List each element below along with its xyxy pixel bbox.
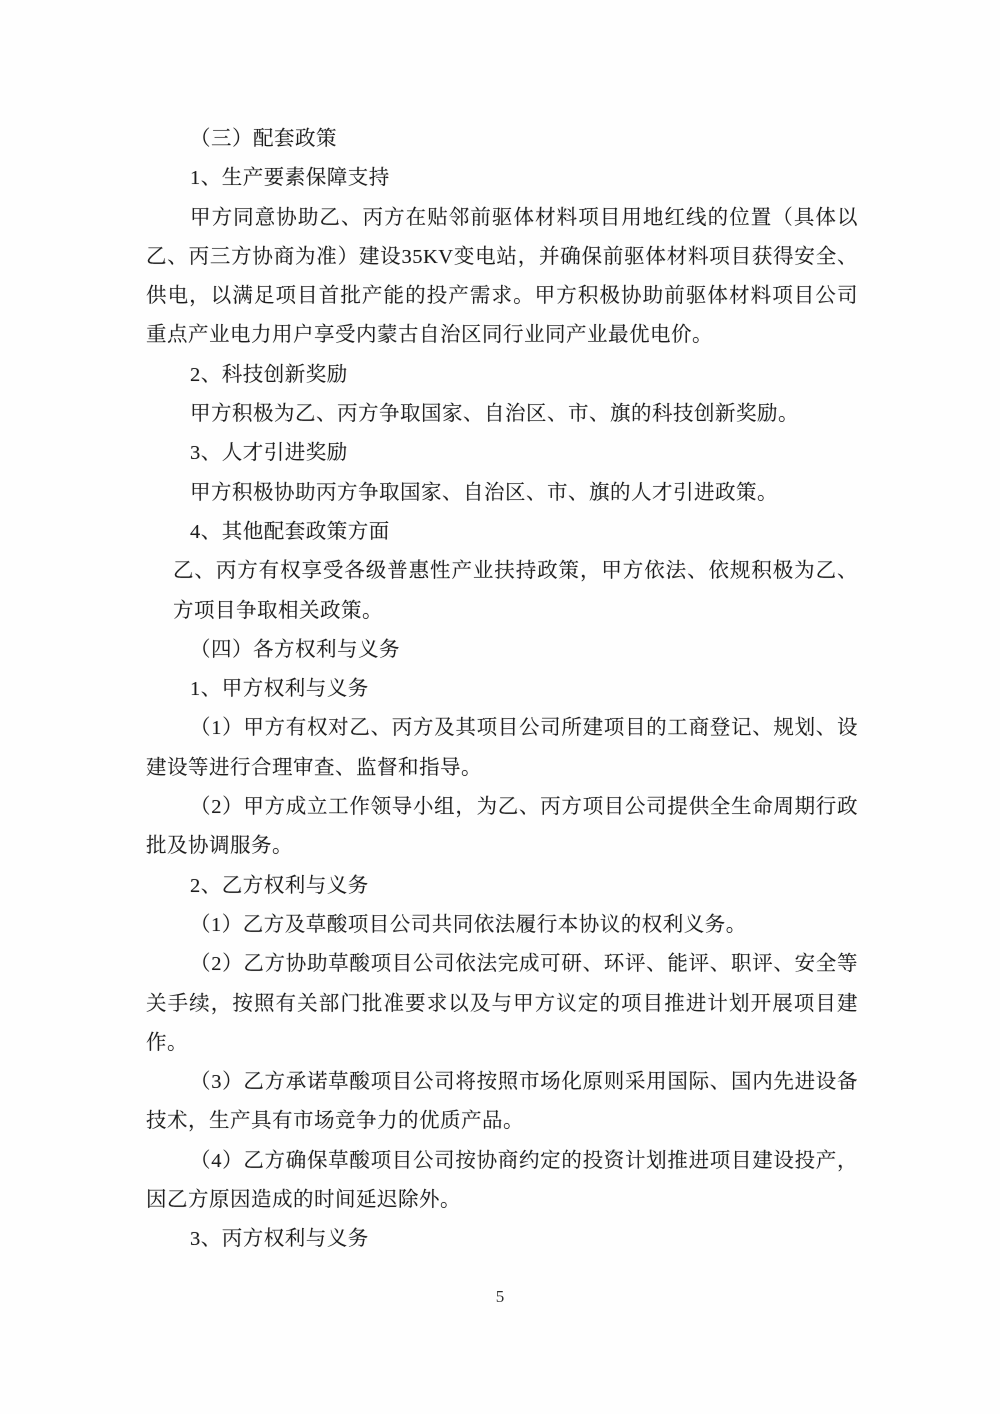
text-line: 建设等进行合理审查、监督和指导。 [146, 749, 858, 788]
text-line: 甲方积极为乙、丙方争取国家、自治区、市、旗的科技创新奖励。 [146, 395, 858, 434]
text-line: （1）乙方及草酸项目公司共同依法履行本协议的权利义务。 [146, 906, 858, 945]
text-line: 因乙方原因造成的时间延迟除外。 [146, 1181, 858, 1220]
text-line: 1、甲方权利与义务 [146, 670, 858, 709]
text-line: 3、人才引进奖励 [146, 434, 858, 473]
text-line: （3）乙方承诺草酸项目公司将按照市场化原则采用国际、国内先进设备和 [146, 1063, 858, 1102]
text-line: 作。 [146, 1024, 858, 1063]
text-line: 甲方同意协助乙、丙方在贴邻前驱体材料项目用地红线的位置（具体以甲、 [146, 199, 858, 238]
text-line: 乙、丙方有权享受各级普惠性产业扶持政策，甲方依法、依规积极为乙、丙 [146, 552, 858, 591]
text-line: （1）甲方有权对乙、丙方及其项目公司所建项目的工商登记、规划、设计、 [146, 709, 858, 748]
text-line: 方项目争取相关政策。 [146, 592, 858, 631]
text-line: 供电，以满足项目首批产能的投产需求。甲方积极协助前驱体材料项目公司作为 [146, 277, 858, 316]
text-line: 乙、丙三方协商为准）建设35KV变电站，并确保前驱体材料项目获得安全、稳定 [146, 238, 858, 277]
text-line: 1、生产要素保障支持 [146, 159, 858, 198]
text-line: 2、科技创新奖励 [146, 356, 858, 395]
text-line: 4、其他配套政策方面 [146, 513, 858, 552]
text-line: 3、丙方权利与义务 [146, 1220, 858, 1259]
text-line: （四）各方权利与义务 [146, 631, 858, 670]
text-line: （4）乙方确保草酸项目公司按协商约定的投资计划推进项目建设投产，非 [146, 1142, 858, 1181]
text-line: 2、乙方权利与义务 [146, 867, 858, 906]
text-line: 重点产业电力用户享受内蒙古自治区同行业同产业最优电价。 [146, 316, 858, 355]
text-line: （2）乙方协助草酸项目公司依法完成可研、环评、能评、职评、安全等相 [146, 945, 858, 984]
text-line: 批及协调服务。 [146, 827, 858, 866]
text-line: 技术，生产具有市场竞争力的优质产品。 [146, 1102, 858, 1141]
text-line: （三）配套政策 [146, 120, 858, 159]
page-number: 5 [0, 1284, 1000, 1310]
document-body: （三）配套政策1、生产要素保障支持甲方同意协助乙、丙方在贴邻前驱体材料项目用地红… [146, 120, 858, 1260]
document-page: （三）配套政策1、生产要素保障支持甲方同意协助乙、丙方在贴邻前驱体材料项目用地红… [0, 0, 1000, 1414]
text-line: （2）甲方成立工作领导小组，为乙、丙方项目公司提供全生命周期行政审 [146, 788, 858, 827]
text-line: 关手续，按照有关部门批准要求以及与甲方议定的项目推进计划开展项目建设工 [146, 985, 858, 1024]
text-line: 甲方积极协助丙方争取国家、自治区、市、旗的人才引进政策。 [146, 474, 858, 513]
